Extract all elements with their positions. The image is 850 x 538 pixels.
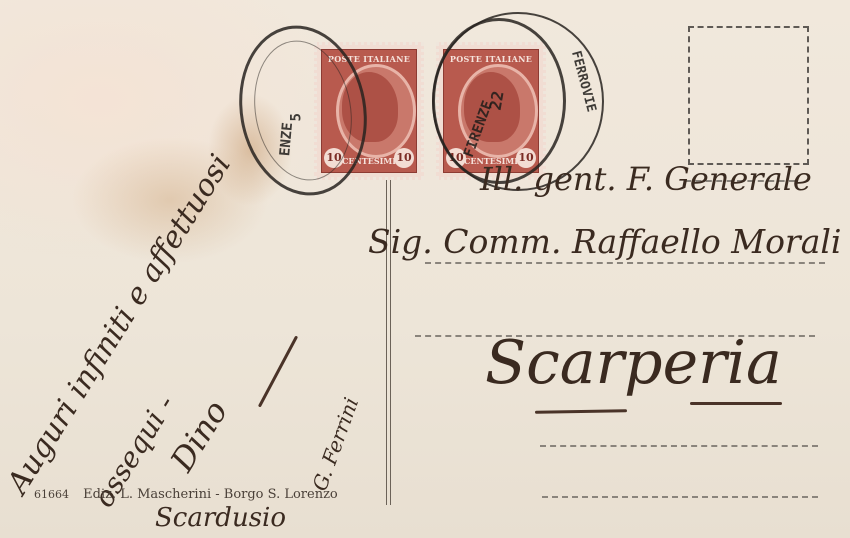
address-recipient-title: Ill. gent. F. Generale [480,160,812,198]
postmark-outer-text: FERROVIE [568,49,599,113]
postmark-town-text: ENZE [277,122,296,157]
city-underline [535,409,627,414]
catalog-number: 61664 [34,488,69,501]
stamp-value-right: 10 [394,148,414,168]
postmark-inner-ring [243,33,362,189]
stamp-placement-box [688,26,809,165]
message-signature: G. Ferrini [307,394,363,494]
address-line-2 [425,262,825,264]
postmark-date-text: 22 [486,89,508,111]
publisher-line: Ediz. L. Mascherini - Borgo S. Lorenzo [83,487,338,502]
message-underline [258,335,298,407]
address-city: Scarperia [485,328,782,398]
address-recipient-name: Sig. Comm. Raffaello Morali [368,222,842,261]
city-underline [690,402,782,405]
bottom-signature: Scardusio [155,503,286,533]
postcard: POSTE ITALIANE CENTESIMI 10 10 POSTE ITA… [0,0,850,538]
printed-caption: 61664 Ediz. L. Mascherini - Borgo S. Lor… [34,487,338,502]
address-line-5 [542,496,818,498]
address-line-4 [540,445,818,447]
postmark-date-text: 5 [288,113,304,121]
